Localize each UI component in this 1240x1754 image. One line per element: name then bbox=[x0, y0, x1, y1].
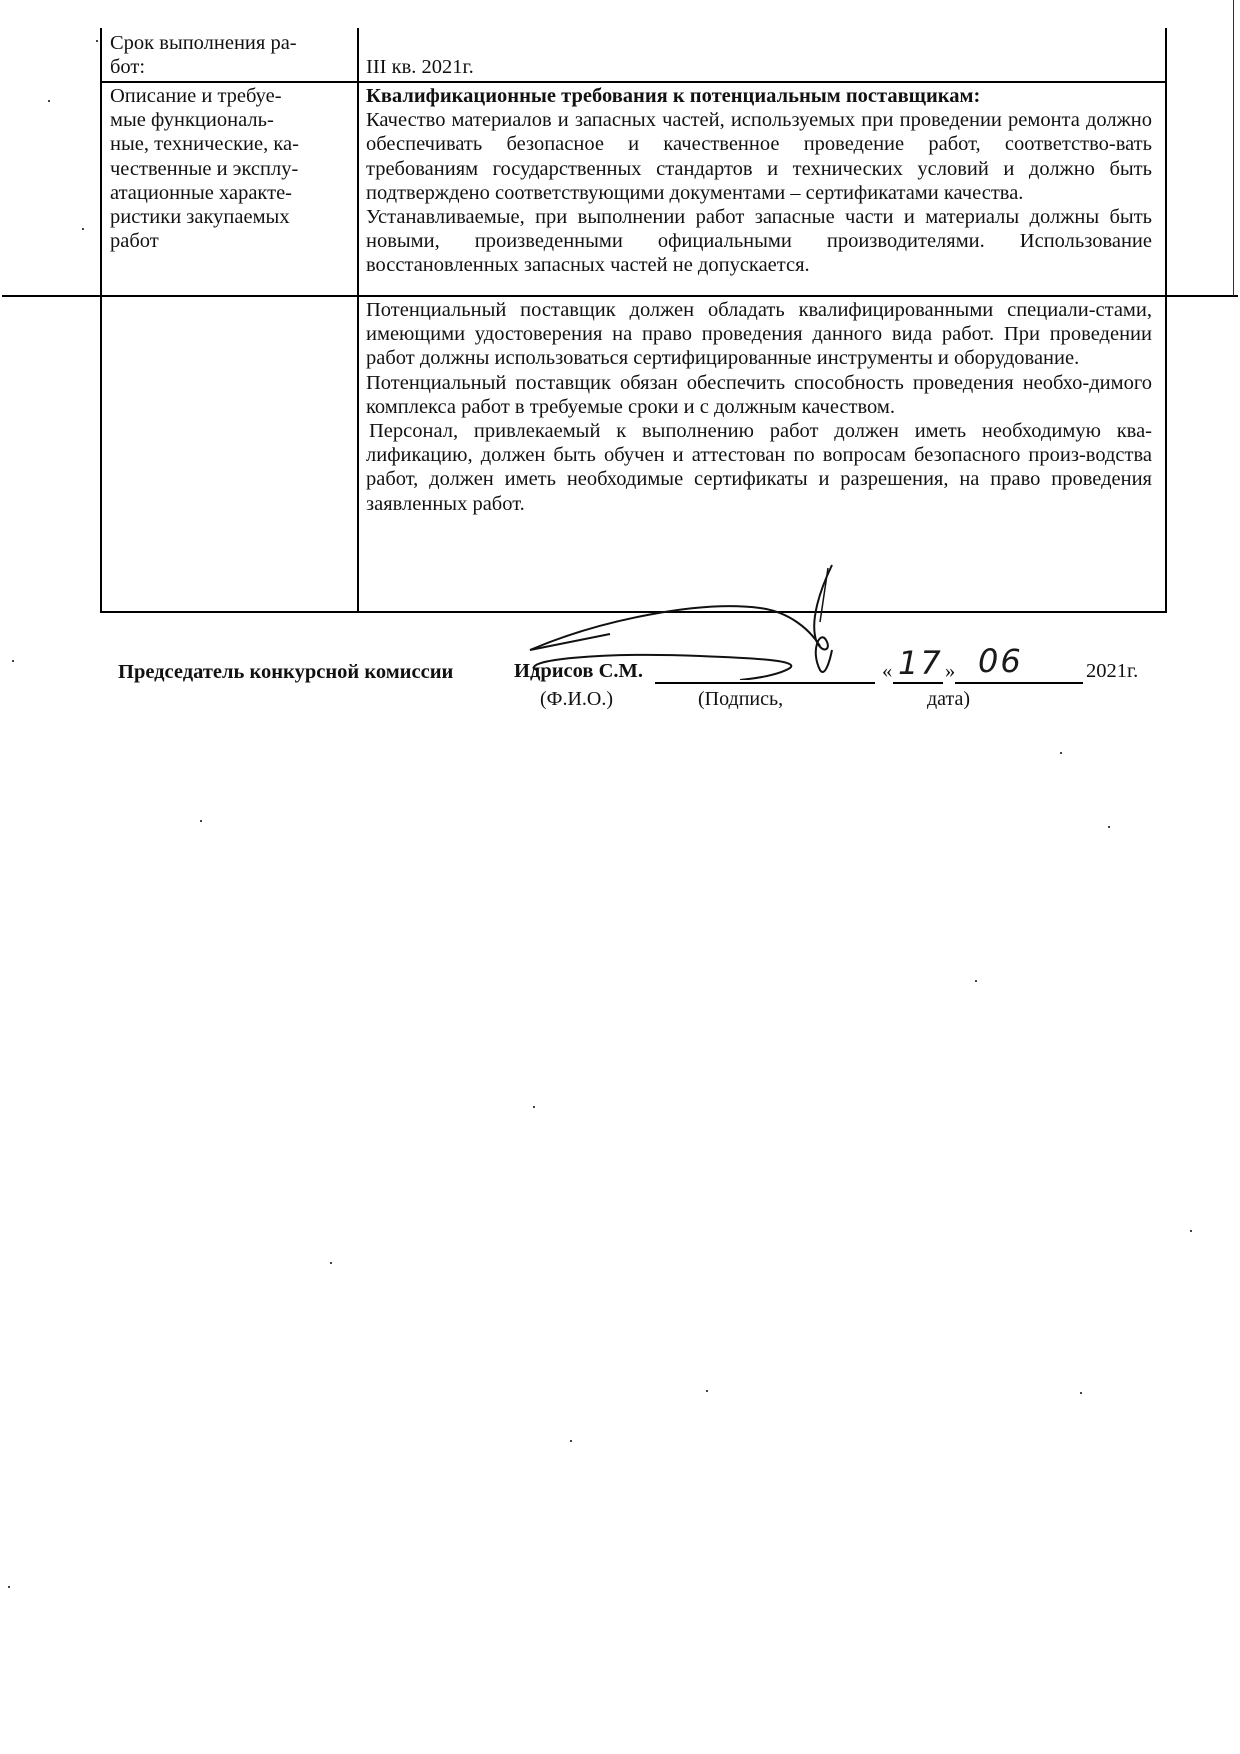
table-column-divider bbox=[357, 28, 359, 612]
label-line: мые функциональ- bbox=[110, 108, 350, 132]
signature-line bbox=[655, 682, 875, 684]
label-line: работ bbox=[110, 229, 350, 253]
paragraph-specialists: Потенциальный поставщик должен обладать … bbox=[366, 298, 1152, 371]
scan-speck bbox=[48, 100, 50, 102]
scan-speck bbox=[82, 228, 84, 230]
scan-speck bbox=[12, 660, 14, 662]
chairman-title: Председатель конкурсной комиссии bbox=[118, 660, 453, 684]
scan-speck bbox=[1108, 826, 1110, 828]
scan-speck bbox=[975, 980, 977, 982]
handwritten-signature-icon bbox=[520, 560, 860, 680]
requirements-heading: Квалификационные требования к потенциаль… bbox=[366, 84, 1152, 108]
handwritten-day: 17 bbox=[898, 644, 943, 682]
table-right-border bbox=[1165, 28, 1167, 612]
label-line: бот: bbox=[110, 55, 350, 79]
scan-speck bbox=[706, 1390, 708, 1392]
deadline-label: Срок выполнения ра- бот: bbox=[110, 31, 350, 79]
close-quote: » bbox=[945, 660, 955, 683]
row-divider-2 bbox=[2, 295, 1238, 297]
scan-speck bbox=[96, 40, 98, 42]
scan-speck bbox=[570, 1440, 572, 1442]
scan-speck bbox=[330, 1262, 332, 1264]
year: 2021г. bbox=[1086, 660, 1138, 683]
requirements-top-block: Квалификационные требования к потенциаль… bbox=[366, 84, 1152, 278]
requirements-bottom-block: Потенциальный поставщик должен обладать … bbox=[366, 298, 1152, 516]
paragraph-personnel: Персонал, привлекаемый к выполнению рабо… bbox=[366, 419, 1152, 516]
open-quote: « bbox=[882, 660, 892, 683]
table-left-border bbox=[100, 28, 102, 612]
day-line bbox=[893, 682, 943, 684]
label-line: Описание и требуе- bbox=[110, 84, 350, 108]
scan-edge-line bbox=[1233, 0, 1234, 296]
label-line: ные, технические, ка- bbox=[110, 132, 350, 156]
chairman-title-text: Председатель конкурсной комиссии bbox=[118, 661, 453, 683]
row-divider-1 bbox=[100, 81, 1167, 83]
scan-speck bbox=[533, 1106, 535, 1108]
document-page: Срок выполнения ра- бот: III кв. 2021г. … bbox=[0, 0, 1240, 1754]
scan-speck bbox=[8, 1586, 10, 1588]
label-line: ристики закупаемых bbox=[110, 205, 350, 229]
deadline-value: III кв. 2021г. bbox=[366, 55, 1152, 79]
paragraph-materials-quality: Качество материалов и запасных частей, и… bbox=[366, 108, 1152, 205]
label-line: чественные и эксплу- bbox=[110, 157, 350, 181]
signature-caption: (Подпись, bbox=[698, 688, 783, 711]
paragraph-capability: Потенциальный поставщик обязан обеспечит… bbox=[366, 371, 1152, 419]
date-caption: дата) bbox=[927, 688, 970, 711]
month-line bbox=[955, 682, 1083, 684]
description-label: Описание и требуе- мые функциональ- ные,… bbox=[110, 84, 350, 253]
scan-speck bbox=[1060, 752, 1062, 754]
paragraph-spare-parts: Устанавливаемые, при выполнении работ за… bbox=[366, 205, 1152, 278]
handwritten-month: 06 bbox=[978, 642, 1023, 680]
scan-speck bbox=[1080, 1392, 1082, 1394]
label-line: атационные характе- bbox=[110, 181, 350, 205]
scan-speck bbox=[1190, 1230, 1192, 1232]
scan-speck bbox=[200, 820, 202, 822]
label-line: Срок выполнения ра- bbox=[110, 31, 350, 55]
name-caption: (Ф.И.О.) bbox=[540, 688, 613, 711]
